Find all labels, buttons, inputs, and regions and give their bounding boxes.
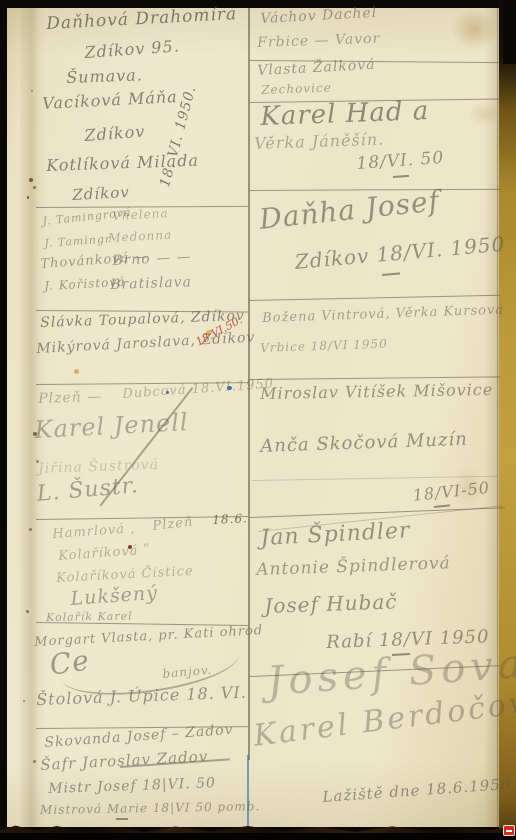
- foxing-spot: [31, 90, 33, 92]
- column-divider-blue: [247, 755, 249, 826]
- date-underline: [116, 818, 128, 820]
- foxing-spot: [23, 700, 25, 702]
- red-corner-badge: [503, 825, 515, 836]
- scan-border-top: [0, 0, 516, 8]
- foxing-stain: [468, 100, 502, 128]
- foxing-spot: [33, 186, 36, 189]
- minus-icon: [506, 830, 512, 832]
- signature-line: Josef Hubač: [264, 591, 398, 616]
- foxing-spot: [33, 760, 36, 763]
- foxing-stain: [450, 8, 498, 50]
- signature-line: Věrka Jáněšín.: [254, 131, 384, 152]
- signature-line: Plzeň —: [38, 390, 102, 406]
- signature-line: Mistrová Marie 18|VI 50 pomb.: [40, 800, 260, 816]
- signature-line: Karel Had a: [260, 98, 430, 130]
- ink-smudge: [74, 369, 79, 374]
- place-line: Brno — —: [112, 250, 192, 268]
- signature-flourish-text: Ce: [48, 646, 92, 679]
- scan-border-top-right: [503, 0, 516, 64]
- signature-line-faint: Jiřina Šustrová: [38, 458, 159, 476]
- foxing-spot: [27, 196, 29, 199]
- foxing-spot: [29, 528, 32, 531]
- place-line: Bratislava: [110, 275, 192, 292]
- signature-line: Zdíkov: [84, 124, 146, 144]
- foxing-spot: [26, 610, 29, 613]
- scan-border-bottom-edge: [0, 833, 516, 840]
- signature-line: Šumava.: [66, 67, 143, 86]
- place-line: Zechovice: [261, 82, 332, 96]
- scan-border-left: [0, 0, 7, 840]
- foxing-spot: [29, 178, 33, 182]
- place-line: Vhelena: [112, 207, 169, 222]
- signature-line: Miroslav Vitíšek Mišovice: [260, 382, 493, 402]
- signature-line: Zdíkov: [72, 185, 130, 203]
- signature-line: Frbice — Vavor: [257, 32, 380, 50]
- date-line: 18.6.: [212, 512, 248, 526]
- signature-line: Kolařík Karel: [46, 610, 133, 623]
- place-line: Medonna: [108, 229, 172, 244]
- scanned-guestbook-page: Daňhová Drahomíra Zdíkov 95. Šumava. Vac…: [0, 0, 516, 840]
